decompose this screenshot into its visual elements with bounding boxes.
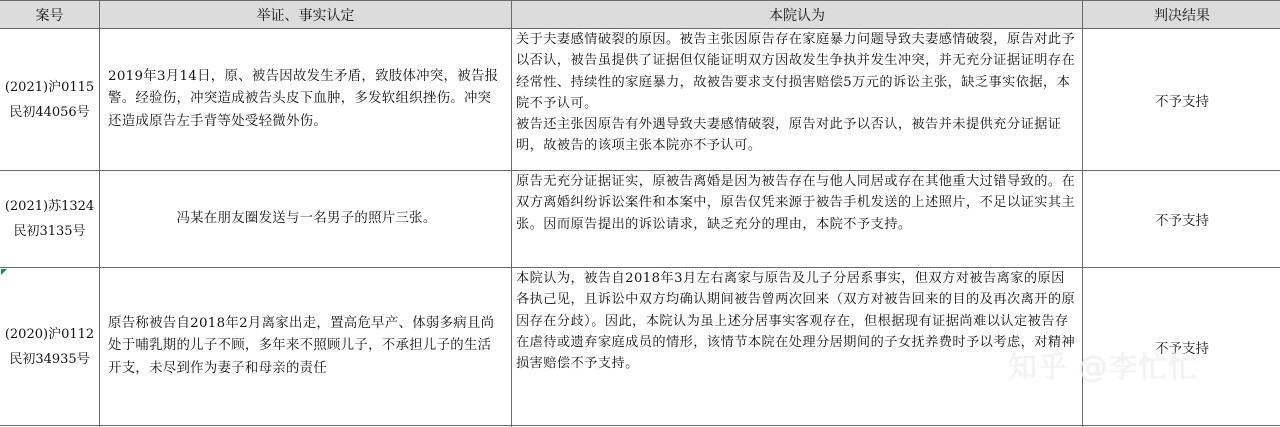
- evidence-cell: 2019年3月14日，原、被告因故发生矛盾，致肢体冲突，被告报警。经验伤，冲突造…: [100, 29, 512, 171]
- case-number-cell: (2021)沪0115 民初44056号: [0, 29, 100, 171]
- case-number-line1: (2021)沪0115: [0, 75, 99, 100]
- table-row: (2020)沪0112 民初34935号 原告称被告自2018年2月离家出走，置…: [0, 268, 1280, 426]
- opinion-paragraph: 关于夫妻感情破裂的原因。被告主张因原告存在家庭暴力问题导致夫妻感情破裂，原告对此…: [516, 29, 1078, 114]
- opinion-cell: 关于夫妻感情破裂的原因。被告主张因原告存在家庭暴力问题导致夫妻感情破裂，原告对此…: [512, 29, 1083, 171]
- case-number-line1: (2020)沪0112: [0, 322, 99, 347]
- case-number-line2: 民初3135号: [0, 219, 99, 244]
- result-cell: 不予支持: [1083, 29, 1280, 171]
- result-cell: 不予支持: [1083, 268, 1280, 426]
- opinion-cell: 本院认为，被告自2018年3月左右离家与原告及儿子分居系事实，但双方对被告离家的…: [512, 268, 1083, 426]
- case-number-line2: 民初44056号: [0, 100, 99, 125]
- table-row: (2021)苏1324 民初3135号 冯某在朋友圈发送与一名男子的照片三张。 …: [0, 171, 1280, 268]
- evidence-cell: 原告称被告自2018年2月离家出走，置高危早产、体弱多病且尚处于哺乳期的儿子不顾…: [100, 268, 512, 426]
- judgment-table: 案号 举证、事实认定 本院认为 判决结果 (2021)沪0115 民初44056…: [0, 0, 1280, 427]
- table-header-row: 案号 举证、事实认定 本院认为 判决结果: [0, 1, 1280, 29]
- header-court-opinion: 本院认为: [512, 1, 1083, 29]
- opinion-cell: 原告无充分证据证实，原被告离婚是因为被告存在与他人同居或存在其他重大过错导致的。…: [512, 171, 1083, 268]
- opinion-paragraph: 原告无充分证据证实，原被告离婚是因为被告存在与他人同居或存在其他重大过错导致的。…: [516, 171, 1078, 235]
- opinion-paragraph: 本院认为，被告自2018年3月左右离家与原告及儿子分居系事实，但双方对被告离家的…: [516, 268, 1078, 374]
- header-judgment-result: 判决结果: [1083, 1, 1280, 29]
- case-number-cell: (2020)沪0112 民初34935号: [0, 268, 100, 426]
- case-number-line1: (2021)苏1324: [0, 194, 99, 219]
- case-number-line2: 民初34935号: [0, 347, 99, 372]
- evidence-cell: 冯某在朋友圈发送与一名男子的照片三张。: [100, 171, 512, 268]
- cell-comment-marker-icon: [1, 269, 7, 275]
- case-number-cell: (2021)苏1324 民初3135号: [0, 171, 100, 268]
- header-case-number: 案号: [0, 1, 100, 29]
- result-cell: 不予支持: [1083, 171, 1280, 268]
- opinion-paragraph: 被告还主张因原告有外遇导致夫妻感情破裂，原告对此予以否认，被告并未提供充分证据证…: [516, 114, 1078, 157]
- header-evidence: 举证、事实认定: [100, 1, 512, 29]
- table-row: (2021)沪0115 民初44056号 2019年3月14日，原、被告因故发生…: [0, 29, 1280, 171]
